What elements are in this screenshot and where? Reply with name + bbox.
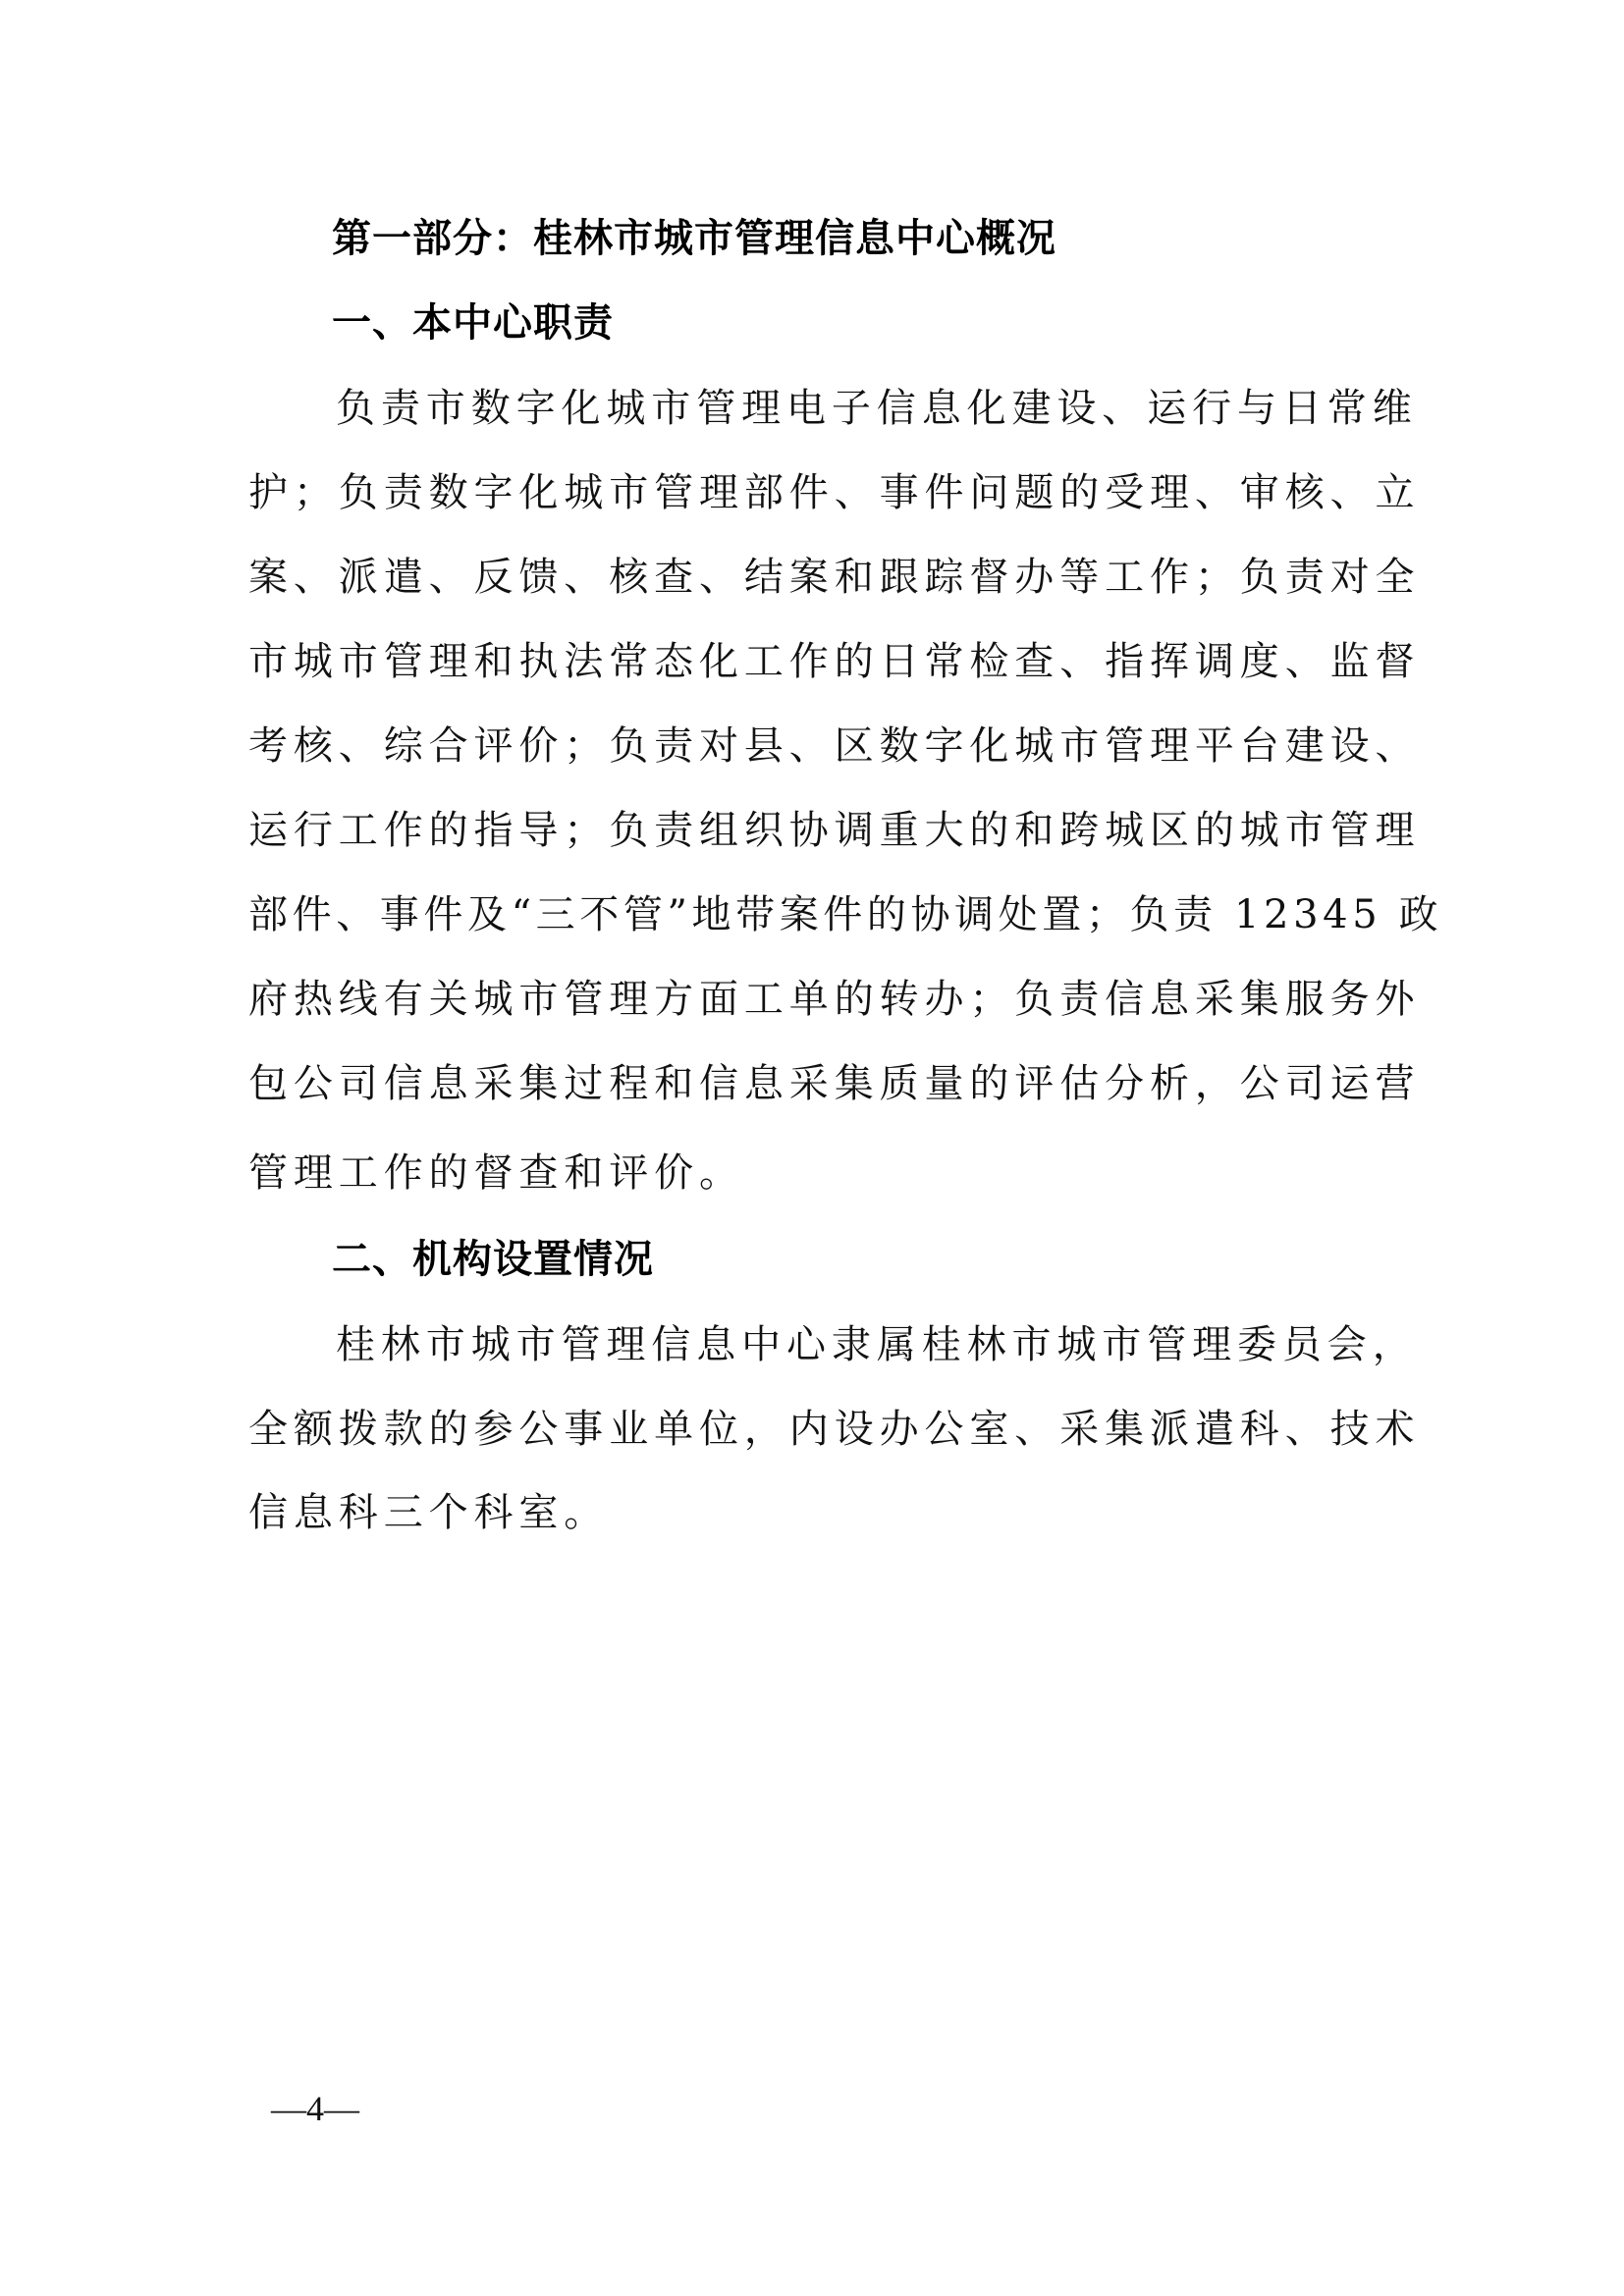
paragraph-line: 护；负责数字化城市管理部件、事件问题的受理、审核、立: [248, 469, 1420, 516]
paragraph-line: 运行工作的指导；负责组织协调重大的和跨城区的城市管理: [248, 807, 1420, 854]
part-title: 第一部分：桂林市城市管理信息中心概况: [332, 215, 1056, 262]
section-heading-responsibilities: 一、本中心职责: [332, 299, 614, 347]
paragraph-line: 包公司信息采集过程和信息采集质量的评估分析，公司运营: [248, 1060, 1420, 1107]
paragraph-line: 全额拨款的参公事业单位，内设办公室、采集派遣科、技术: [248, 1406, 1420, 1453]
paragraph-line: 桂林市城市管理信息中心隶属桂林市城市管理委员会，: [336, 1321, 1418, 1368]
section-heading-organization: 二、机构设置情况: [332, 1236, 654, 1283]
paragraph-line: 府热线有关城市管理方面工单的转办；负责信息采集服务外: [248, 976, 1420, 1023]
paragraph-line: 部件、事件及“三不管”地带案件的协调处置；负责 12345 政: [248, 891, 1442, 938]
paragraph-line: 案、派遣、反馈、核查、结案和跟踪督办等工作；负责对全: [248, 554, 1420, 601]
paragraph-line: 考核、综合评价；负责对县、区数字化城市管理平台建设、: [248, 722, 1420, 770]
paragraph-line: 负责市数字化城市管理电子信息化建设、运行与日常维: [336, 385, 1418, 432]
paragraph-line: 管理工作的督查和评价。: [248, 1149, 744, 1197]
page-number: —4—: [271, 2087, 359, 2130]
paragraph-line: 市城市管理和执法常态化工作的日常检查、指挥调度、监督: [248, 638, 1420, 685]
document-page: 第一部分：桂林市城市管理信息中心概况 一、本中心职责 负责市数字化城市管理电子信…: [0, 0, 1624, 2296]
paragraph-line: 信息科三个科室。: [248, 1489, 609, 1536]
